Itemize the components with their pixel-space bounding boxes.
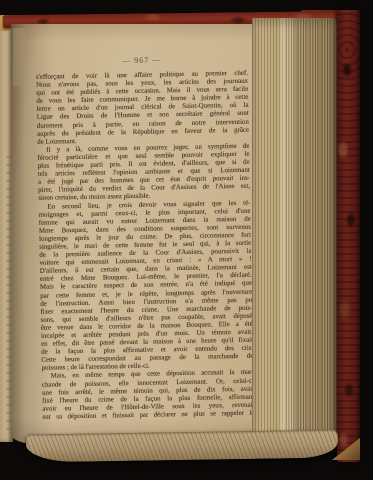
paragraph: Mais, en même temps que cette déposition… (42, 369, 255, 422)
cover-right-marbled (337, 10, 360, 462)
book-page: — 967 — s'efforçant de voir là une affai… (11, 24, 252, 444)
page-number: — 967 — (36, 54, 248, 67)
paragraph: En second lieu, je crois devoir vous sig… (38, 199, 253, 373)
page-bottom-edges (26, 430, 338, 463)
fore-edge-pages (252, 18, 337, 452)
gutter-shadow (11, 24, 53, 444)
paragraph: s'efforçant de voir là une affaire polit… (36, 70, 249, 147)
book-photo: — 967 — s'efforçant de voir là une affai… (0, 0, 373, 480)
paragraph: Il y a là, comme vous en pourrez juger, … (37, 143, 250, 204)
text-block: s'efforçant de voir là une affaire polit… (36, 70, 255, 422)
